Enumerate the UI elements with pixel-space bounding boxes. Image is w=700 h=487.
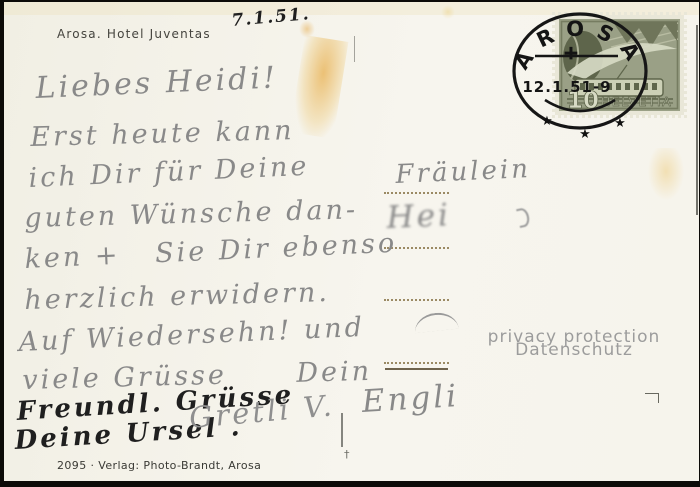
privacy-watermark: privacy protection Datenschutz [465,331,683,358]
stain-right-edge [648,148,684,200]
postmark-star-icon: ★ [579,127,591,142]
postmark-star-icon: ★ [614,116,626,131]
publisher-line: 2095 · Verlag: Photo-Brandt, Arosa [57,459,261,472]
scan-edge-line [696,25,698,215]
message-line: Erst heute kann [30,117,295,151]
postmark: AROSA + 12.1.51-9 ★ ★ ★ [505,10,655,148]
printed-caption: Arosa. Hotel Juventas [57,27,211,41]
corner-bracket-mark [645,393,659,403]
address-name-partial: Hei [386,200,452,234]
svg-text:AROSA: AROSA [510,17,651,74]
small-cross-mark: † [344,448,350,461]
swiss-cross-icon: + [563,42,579,64]
address-salutation: Fräulein [395,156,531,188]
address-street-partial: Engli [361,381,460,418]
postcard-scan: † Arosa. Hotel Juventas 2095 · Verlag: P… [0,0,700,487]
postmark-star-icon: ★ [541,114,553,129]
stray-pencil-line [354,36,355,62]
address-dotted-line [384,362,449,364]
address-dotted-line [384,299,449,301]
stain-top-center [441,5,455,19]
address-dotted-line [384,192,449,194]
postmark-date: 12.1.51-9 [522,78,611,96]
message-line: herzlich erwidern. [24,279,330,314]
postmark-town: AROSA [510,17,651,74]
postmark-bridge-arc [545,100,615,111]
address-underline [385,368,448,370]
stray-pen-stroke [341,413,343,447]
